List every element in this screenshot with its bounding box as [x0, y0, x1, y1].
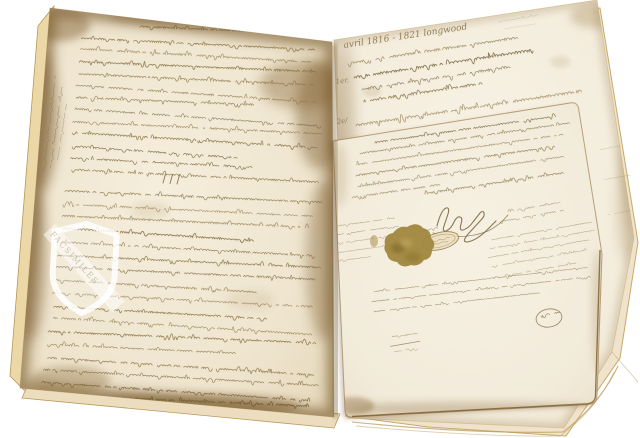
seal-highlight — [400, 239, 412, 247]
inset-letter-paper — [333, 103, 602, 417]
inset-letter-sheet — [322, 103, 604, 417]
seal-shading — [405, 252, 421, 262]
page-stain — [130, 202, 170, 218]
page-stain — [110, 6, 290, 26]
manuscript-photo: FACSIMILES avril 1816 - 1821 longwood 1e… — [0, 0, 640, 438]
open-book: FACSIMILES avril 1816 - 1821 longwood 1e… — [10, 0, 638, 436]
left-manuscript-page: FACSIMILES — [14, 6, 350, 422]
stacked-page-corner-fold — [612, 352, 638, 382]
page-stain — [550, 56, 570, 68]
photo-stage: FACSIMILES avril 1816 - 1821 longwood 1e… — [0, 0, 640, 438]
page-stain — [226, 290, 274, 310]
seal-fragment — [370, 235, 378, 247]
page-stain — [334, 397, 374, 415]
page-stain — [570, 4, 622, 28]
